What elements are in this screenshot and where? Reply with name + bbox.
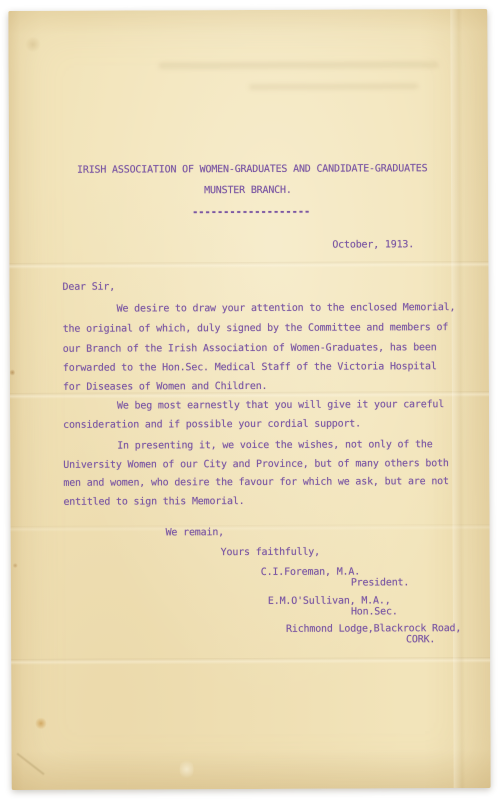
typed-rule: ------------------- (192, 205, 310, 219)
corner-fold-crease (17, 753, 45, 775)
ink-bleedthrough (159, 61, 439, 69)
closing-we-remain: We remain, (166, 527, 224, 538)
stain-mark (10, 369, 15, 376)
fold-crease-horizontal (11, 524, 490, 532)
salutation: Dear Sir, (62, 282, 115, 293)
body-paragraph1-line1: We desire to draw your attention to the … (117, 302, 456, 314)
secretary-name: E.M.O'Sullivan, M.A., (268, 595, 391, 607)
scan-background: IRISH ASSOCIATION OF WOMEN-GRADUATES AND… (0, 0, 500, 800)
president-title: President. (351, 577, 409, 588)
fold-crease-horizontal (11, 657, 490, 665)
body-paragraph2-line1: We beg most earnestly that you will give… (117, 399, 444, 411)
letter-paper: IRISH ASSOCIATION OF WOMEN-GRADUATES AND… (8, 9, 490, 790)
address-line1: Richmond Lodge,Blackrock Road, (286, 623, 461, 635)
president-name: C.I.Foreman, M.A. (261, 567, 360, 578)
stain-mark (180, 758, 194, 780)
stain-mark (35, 717, 46, 730)
body-paragraph1-line5: for Diseases of Women and Children. (63, 381, 267, 393)
body-paragraph1-line2: the original of which, duly signed by th… (63, 322, 449, 335)
body-paragraph1-line4: forwarded to the Hon.Sec. Medical Staff … (63, 361, 437, 374)
fold-crease-horizontal (9, 261, 488, 269)
body-paragraph3-line4: entitled to sign this Memorial. (63, 496, 244, 508)
body-paragraph2-line2: consideration and if possible your cordi… (63, 419, 361, 431)
body-paragraph1-line3: our Branch of the Irish Association of W… (63, 342, 437, 355)
closing-yours-faithfully: Yours faithfully, (221, 547, 320, 558)
body-paragraph3-line2: University Women of our City and Provinc… (63, 458, 449, 471)
address-line2: CORK. (406, 634, 435, 645)
body-paragraph3-line1: In presenting it, we voice the wishes, n… (117, 439, 432, 451)
body-paragraph3-line3: men and women, who desire the favour for… (63, 476, 449, 489)
fold-crease-vertical (450, 9, 465, 788)
organization-name: IRISH ASSOCIATION OF WOMEN-GRADUATES AND… (77, 163, 427, 176)
stain-mark (13, 563, 18, 568)
branch-name: MUNSTER BRANCH. (204, 185, 292, 196)
stain-mark (24, 37, 41, 52)
letter-date: October, 1913. (332, 239, 414, 250)
ink-bleedthrough (249, 83, 419, 90)
secretary-title: Hon.Sec. (351, 606, 398, 617)
